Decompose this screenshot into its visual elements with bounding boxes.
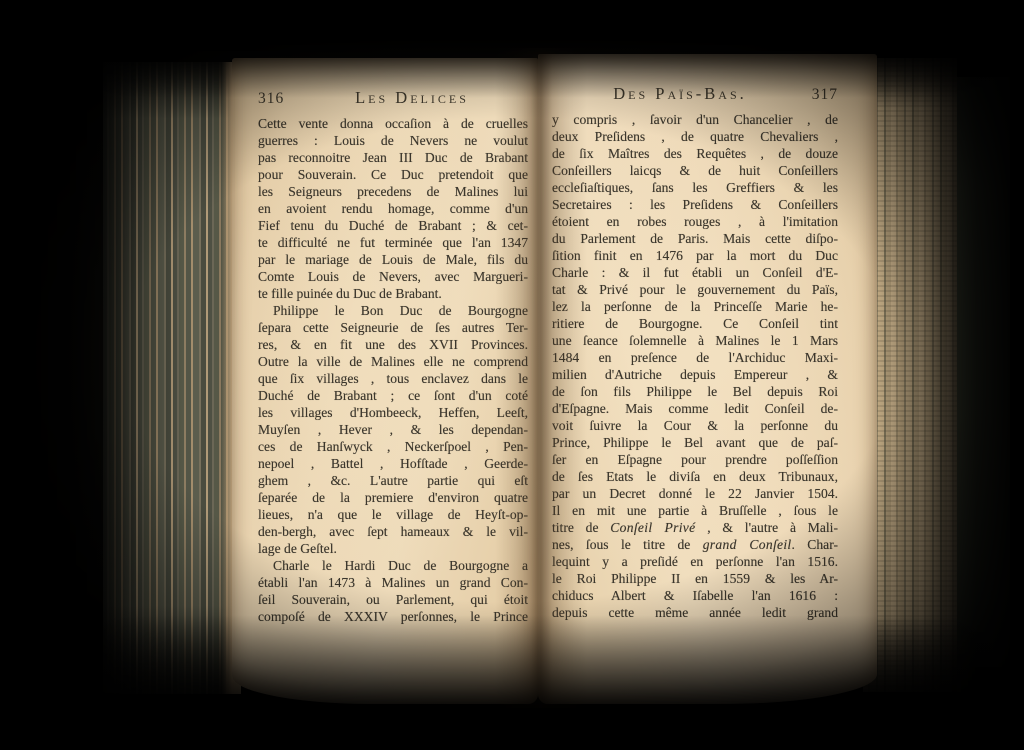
text-line: ſeil Souverain, ou Parlement, qui étoit bbox=[258, 591, 528, 608]
text-line: Outre la ville de Malines elle ne compre… bbox=[258, 353, 528, 370]
text-line: d'Eſpagne. Mais comme ledit Conſeil de- bbox=[552, 400, 838, 417]
text-line: compoſé de XXXIV perſonnes, le Prince bbox=[258, 608, 528, 625]
text-line: par le mariage de Louis de Male, fils du bbox=[258, 251, 528, 268]
text-line: Charle : & il fut établi un Conſeil d'E- bbox=[552, 264, 838, 281]
text-line: pas reconnoitre Jean III Duc de Brabant bbox=[258, 149, 528, 166]
text-line: du Parlement de Paris. Mais cette diſpo- bbox=[552, 230, 838, 247]
text-line: nepoel , Battel , Hofſtade , Geerde- bbox=[258, 455, 528, 472]
text-line: Muyſen , Hever , & les dependan- bbox=[258, 421, 528, 438]
text-line: Charle le Hardi Duc de Bourgogne a bbox=[258, 557, 528, 574]
text-line: de ſix Maîtres des Requêtes , de douze bbox=[552, 145, 838, 162]
text-line: ſition finit en 1476 par la mort du Duc bbox=[552, 247, 838, 264]
text-line: chiducs Albert & Iſabelle l'an 1616 : bbox=[552, 587, 838, 604]
text-line: Cette vente donna occaſion à de cruelles bbox=[258, 115, 528, 132]
text-line: ſeparée de la premiere d'environ quatre bbox=[258, 489, 528, 506]
text-line: res, & en fit une des XVII Provinces. bbox=[258, 336, 528, 353]
right-page-header: Des Païs-Bas. 317 bbox=[538, 84, 877, 106]
text-line: ghem , &c. L'autre partie qui eſt bbox=[258, 472, 528, 489]
book-photograph: 316 Les Delices Cette vente donna occaſi… bbox=[0, 0, 1024, 750]
text-line: nes, ſous le titre de grand Conſeil. Cha… bbox=[552, 536, 838, 553]
left-page-edges bbox=[103, 62, 241, 694]
text-line: ſepara cette Seigneurie de ſes autres Te… bbox=[258, 319, 528, 336]
text-line: Comte Louis de Nevers, avec Margueri- bbox=[258, 268, 528, 285]
text-line: Philippe le Bon Duc de Bourgogne bbox=[258, 302, 528, 319]
text-line: de ſes Etats le diviſa en deux Tribunaux… bbox=[552, 468, 838, 485]
text-line: Fief tenu du Duché de Brabant ; & cet- bbox=[258, 217, 528, 234]
text-line: tat & Privé pour le gouvernement du Païs… bbox=[552, 281, 838, 298]
right-page-edges bbox=[863, 58, 957, 692]
text-line: en avoient rendu homage, comme d'un bbox=[258, 200, 528, 217]
text-line: que ſix villages , tous enclavez dans le bbox=[258, 370, 528, 387]
left-page-header: 316 Les Delices bbox=[232, 88, 538, 110]
text-line: y compris , ſavoir d'un Chancelier , de bbox=[552, 111, 838, 128]
open-book: 316 Les Delices Cette vente donna occaſi… bbox=[95, 42, 980, 714]
text-line: lequint y a preſidé en perſonne l'an 151… bbox=[552, 553, 838, 570]
text-line: Il en mit une partie à Bruſſelle , ſous … bbox=[552, 502, 838, 519]
right-page: Des Païs-Bas. 317 y compris , ſavoir d'u… bbox=[538, 54, 877, 704]
left-running-title: Les Delices bbox=[302, 88, 522, 108]
text-line: étoient en robes rouges , à l'imitation bbox=[552, 213, 838, 230]
text-line: milien d'Autriche depuis Empereur , & bbox=[552, 366, 838, 383]
right-running-title: Des Païs-Bas. bbox=[562, 84, 798, 104]
text-line: par un Decret donné le 22 Janvier 1504. bbox=[552, 485, 838, 502]
text-line: de ſon fils Philippe le Bel depuis Roi bbox=[552, 383, 838, 400]
right-page-text: y compris , ſavoir d'un Chancelier , ded… bbox=[538, 111, 877, 621]
text-line: den-bergh, avec ſept hameaux & le vil- bbox=[258, 523, 528, 540]
text-line: guerres : Louis de Nevers ne voulut bbox=[258, 132, 528, 149]
text-line: voit ſuivre la Cour & la perſonne du bbox=[552, 417, 838, 434]
text-line: ritiere de Bourgogne. Ce Conſeil tint bbox=[552, 315, 838, 332]
text-line: te difficulté ne fut terminée que l'an 1… bbox=[258, 234, 528, 251]
text-line: lage de Geſtel. bbox=[258, 540, 528, 557]
text-line: Secretaires : les Preſidens & Conſeiller… bbox=[552, 196, 838, 213]
text-line: établi l'an 1473 à Malines un grand Con- bbox=[258, 574, 528, 591]
text-line: deux Preſidens , de quatre Chevaliers , bbox=[552, 128, 838, 145]
text-line: lez la perſonne de la Princeſſe Marie he… bbox=[552, 298, 838, 315]
text-line: te fille puinée du Duc de Brabant. bbox=[258, 285, 528, 302]
left-page-number: 316 bbox=[258, 90, 302, 108]
text-line: les villages d'Hombeeck, Heffen, Leeſt, bbox=[258, 404, 528, 421]
text-line: ſer en Eſpagne pour prendre poſſeſſion bbox=[552, 451, 838, 468]
text-line: lieues, n'a que le village de Heyſt-op- bbox=[258, 506, 528, 523]
text-line: Prince, Philippe le Bel avant que de paſ… bbox=[552, 434, 838, 451]
right-page-number: 317 bbox=[798, 86, 838, 104]
text-line: Conſeillers laicqs & de huit Conſeillers bbox=[552, 162, 838, 179]
left-page-text: Cette vente donna occaſion à de cruelles… bbox=[232, 115, 538, 625]
text-line: depuis cette même année ledit grand bbox=[552, 604, 838, 621]
text-line: pour Souverain. Ce Duc pretendoit que bbox=[258, 166, 528, 183]
text-line: titre de Conſeil Privé , & l'autre à Mal… bbox=[552, 519, 838, 536]
text-line: une ſeance ſolemnelle à Malines le 1 Mar… bbox=[552, 332, 838, 349]
text-line: les Seigneurs precedens de Malines lui bbox=[258, 183, 528, 200]
text-line: le Roi Philippe II en 1559 & les Ar- bbox=[552, 570, 838, 587]
text-line: Duché de Brabant ; ce ſont d'un coté bbox=[258, 387, 528, 404]
text-line: 1484 en preſence de l'Archiduc Maxi- bbox=[552, 349, 838, 366]
text-line: ces de Hanſwyck , Neckerſpoel , Pen- bbox=[258, 438, 528, 455]
text-line: eccleſiaſtiques, ſans les Greffiers & le… bbox=[552, 179, 838, 196]
left-page: 316 Les Delices Cette vente donna occaſi… bbox=[232, 58, 538, 704]
